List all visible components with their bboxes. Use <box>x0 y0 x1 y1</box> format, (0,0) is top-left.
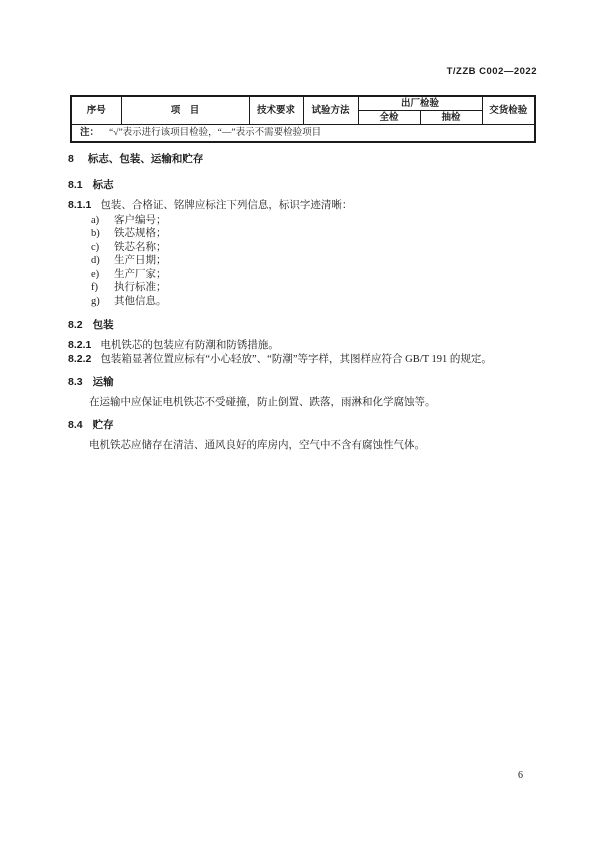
note-text: “√”表示进行该项目检验，“—”表示不需要检验项目 <box>109 128 321 138</box>
table-note-cell: 注：“√”表示进行该项目检验，“—”表示不需要检验项目 <box>71 125 535 143</box>
list-item-text: 生产日期； <box>114 255 167 266</box>
list-item-letter: c) <box>91 241 105 255</box>
clause-8-1-1: 8.1.1包装、合格证、铭牌应标注下列信息，标识字迹清晰： <box>68 199 537 213</box>
col-header-full-inspection: 全检 <box>358 111 420 125</box>
section-8-2-heading: 8.2包装 <box>68 318 537 332</box>
clause-8-2-1: 8.2.1电机铁芯的包装应有防潮和防锈措施。 <box>68 339 537 353</box>
col-header-tech-req: 技术要求 <box>249 96 303 125</box>
clause-8-1-1-text: 包装、合格证、铭牌应标注下列信息，标识字迹清晰： <box>100 200 352 211</box>
section-8-3-title: 运输 <box>93 376 114 388</box>
inspection-table: 序号 项 目 技术要求 试验方法 出厂检验 交货检验 全检 抽检 注：“√”表示… <box>70 95 536 143</box>
list-item: b)铁芯规格； <box>68 227 537 241</box>
section-8-4-title: 贮存 <box>93 419 114 431</box>
page-number: 6 <box>518 770 523 781</box>
section-8-2-title: 包装 <box>93 319 114 331</box>
list-item-letter: b) <box>91 227 105 241</box>
section-8-title: 标志、包装、运输和贮存 <box>88 153 204 165</box>
section-8-4-paragraph: 电机铁芯应储存在清洁、通风良好的库房内，空气中不含有腐蚀性气体。 <box>68 439 537 453</box>
list-item-text: 铁芯规格； <box>114 228 167 239</box>
table-note-row: 注：“√”表示进行该项目检验，“—”表示不需要检验项目 <box>71 125 535 143</box>
section-8-4-heading: 8.4贮存 <box>68 418 537 432</box>
col-header-sampling-inspection: 抽检 <box>420 111 482 125</box>
clause-8-2-1-number: 8.2.1 <box>68 339 91 351</box>
info-list: a)客户编号； b)铁芯规格； c)铁芯名称； d)生产日期； e)生产厂家； … <box>68 214 537 309</box>
list-item: e)生产厂家； <box>68 268 537 282</box>
section-8-heading: 8标志、包装、运输和贮存 <box>68 152 537 166</box>
list-item: d)生产日期； <box>68 254 537 268</box>
list-item-letter: e) <box>91 268 105 282</box>
col-header-item: 项 目 <box>121 96 249 125</box>
col-header-seq: 序号 <box>71 96 121 125</box>
clause-8-2-2: 8.2.2包装箱显著位置应标有“小心轻放”、“防潮”等字样，其图样应符合 GB/… <box>68 353 537 367</box>
list-item-letter: g) <box>91 295 105 309</box>
section-8-2-number: 8.2 <box>68 319 83 331</box>
list-item-letter: a) <box>91 214 105 228</box>
list-item-text: 铁芯名称； <box>114 242 167 253</box>
standard-code: T/ZZB C002—2022 <box>68 66 537 78</box>
section-8-number: 8 <box>68 153 74 165</box>
section-8-4-number: 8.4 <box>68 419 83 431</box>
col-header-delivery-inspection: 交货检验 <box>482 96 535 125</box>
list-item-text: 客户编号； <box>114 215 167 226</box>
table-header-row: 序号 项 目 技术要求 试验方法 出厂检验 交货检验 <box>71 96 535 111</box>
section-8-1-number: 8.1 <box>68 179 83 191</box>
list-item-text: 生产厂家； <box>114 269 167 280</box>
section-8-1-heading: 8.1标志 <box>68 178 537 192</box>
list-item-text: 其他信息。 <box>114 296 167 307</box>
section-8-1-title: 标志 <box>93 179 114 191</box>
list-item: a)客户编号； <box>68 214 537 228</box>
section-8-3-number: 8.3 <box>68 376 83 388</box>
section-8-3-paragraph: 在运输中应保证电机铁芯不受碰撞，防止倒置、跌落，雨淋和化学腐蚀等。 <box>68 396 537 410</box>
list-item-letter: f) <box>91 281 105 295</box>
clause-8-2-2-text: 包装箱显著位置应标有“小心轻放”、“防潮”等字样，其图样应符合 GB/T 191… <box>100 354 492 365</box>
clause-8-2-1-text: 电机铁芯的包装应有防潮和防锈措施。 <box>100 340 279 351</box>
list-item-text: 执行标准； <box>114 282 167 293</box>
list-item: g)其他信息。 <box>68 295 537 309</box>
list-item: f)执行标准； <box>68 281 537 295</box>
list-item: c)铁芯名称； <box>68 241 537 255</box>
col-header-factory-inspection: 出厂检验 <box>358 96 482 111</box>
list-item-letter: d) <box>91 254 105 268</box>
note-label: 注： <box>80 127 99 138</box>
clause-8-2-2-number: 8.2.2 <box>68 353 91 365</box>
document-page: T/ZZB C002—2022 序号 项 目 技术要求 试验方法 出厂检验 交货… <box>0 0 595 842</box>
clause-8-1-1-number: 8.1.1 <box>68 199 91 211</box>
col-header-test-method: 试验方法 <box>303 96 358 125</box>
section-8-3-heading: 8.3运输 <box>68 375 537 389</box>
